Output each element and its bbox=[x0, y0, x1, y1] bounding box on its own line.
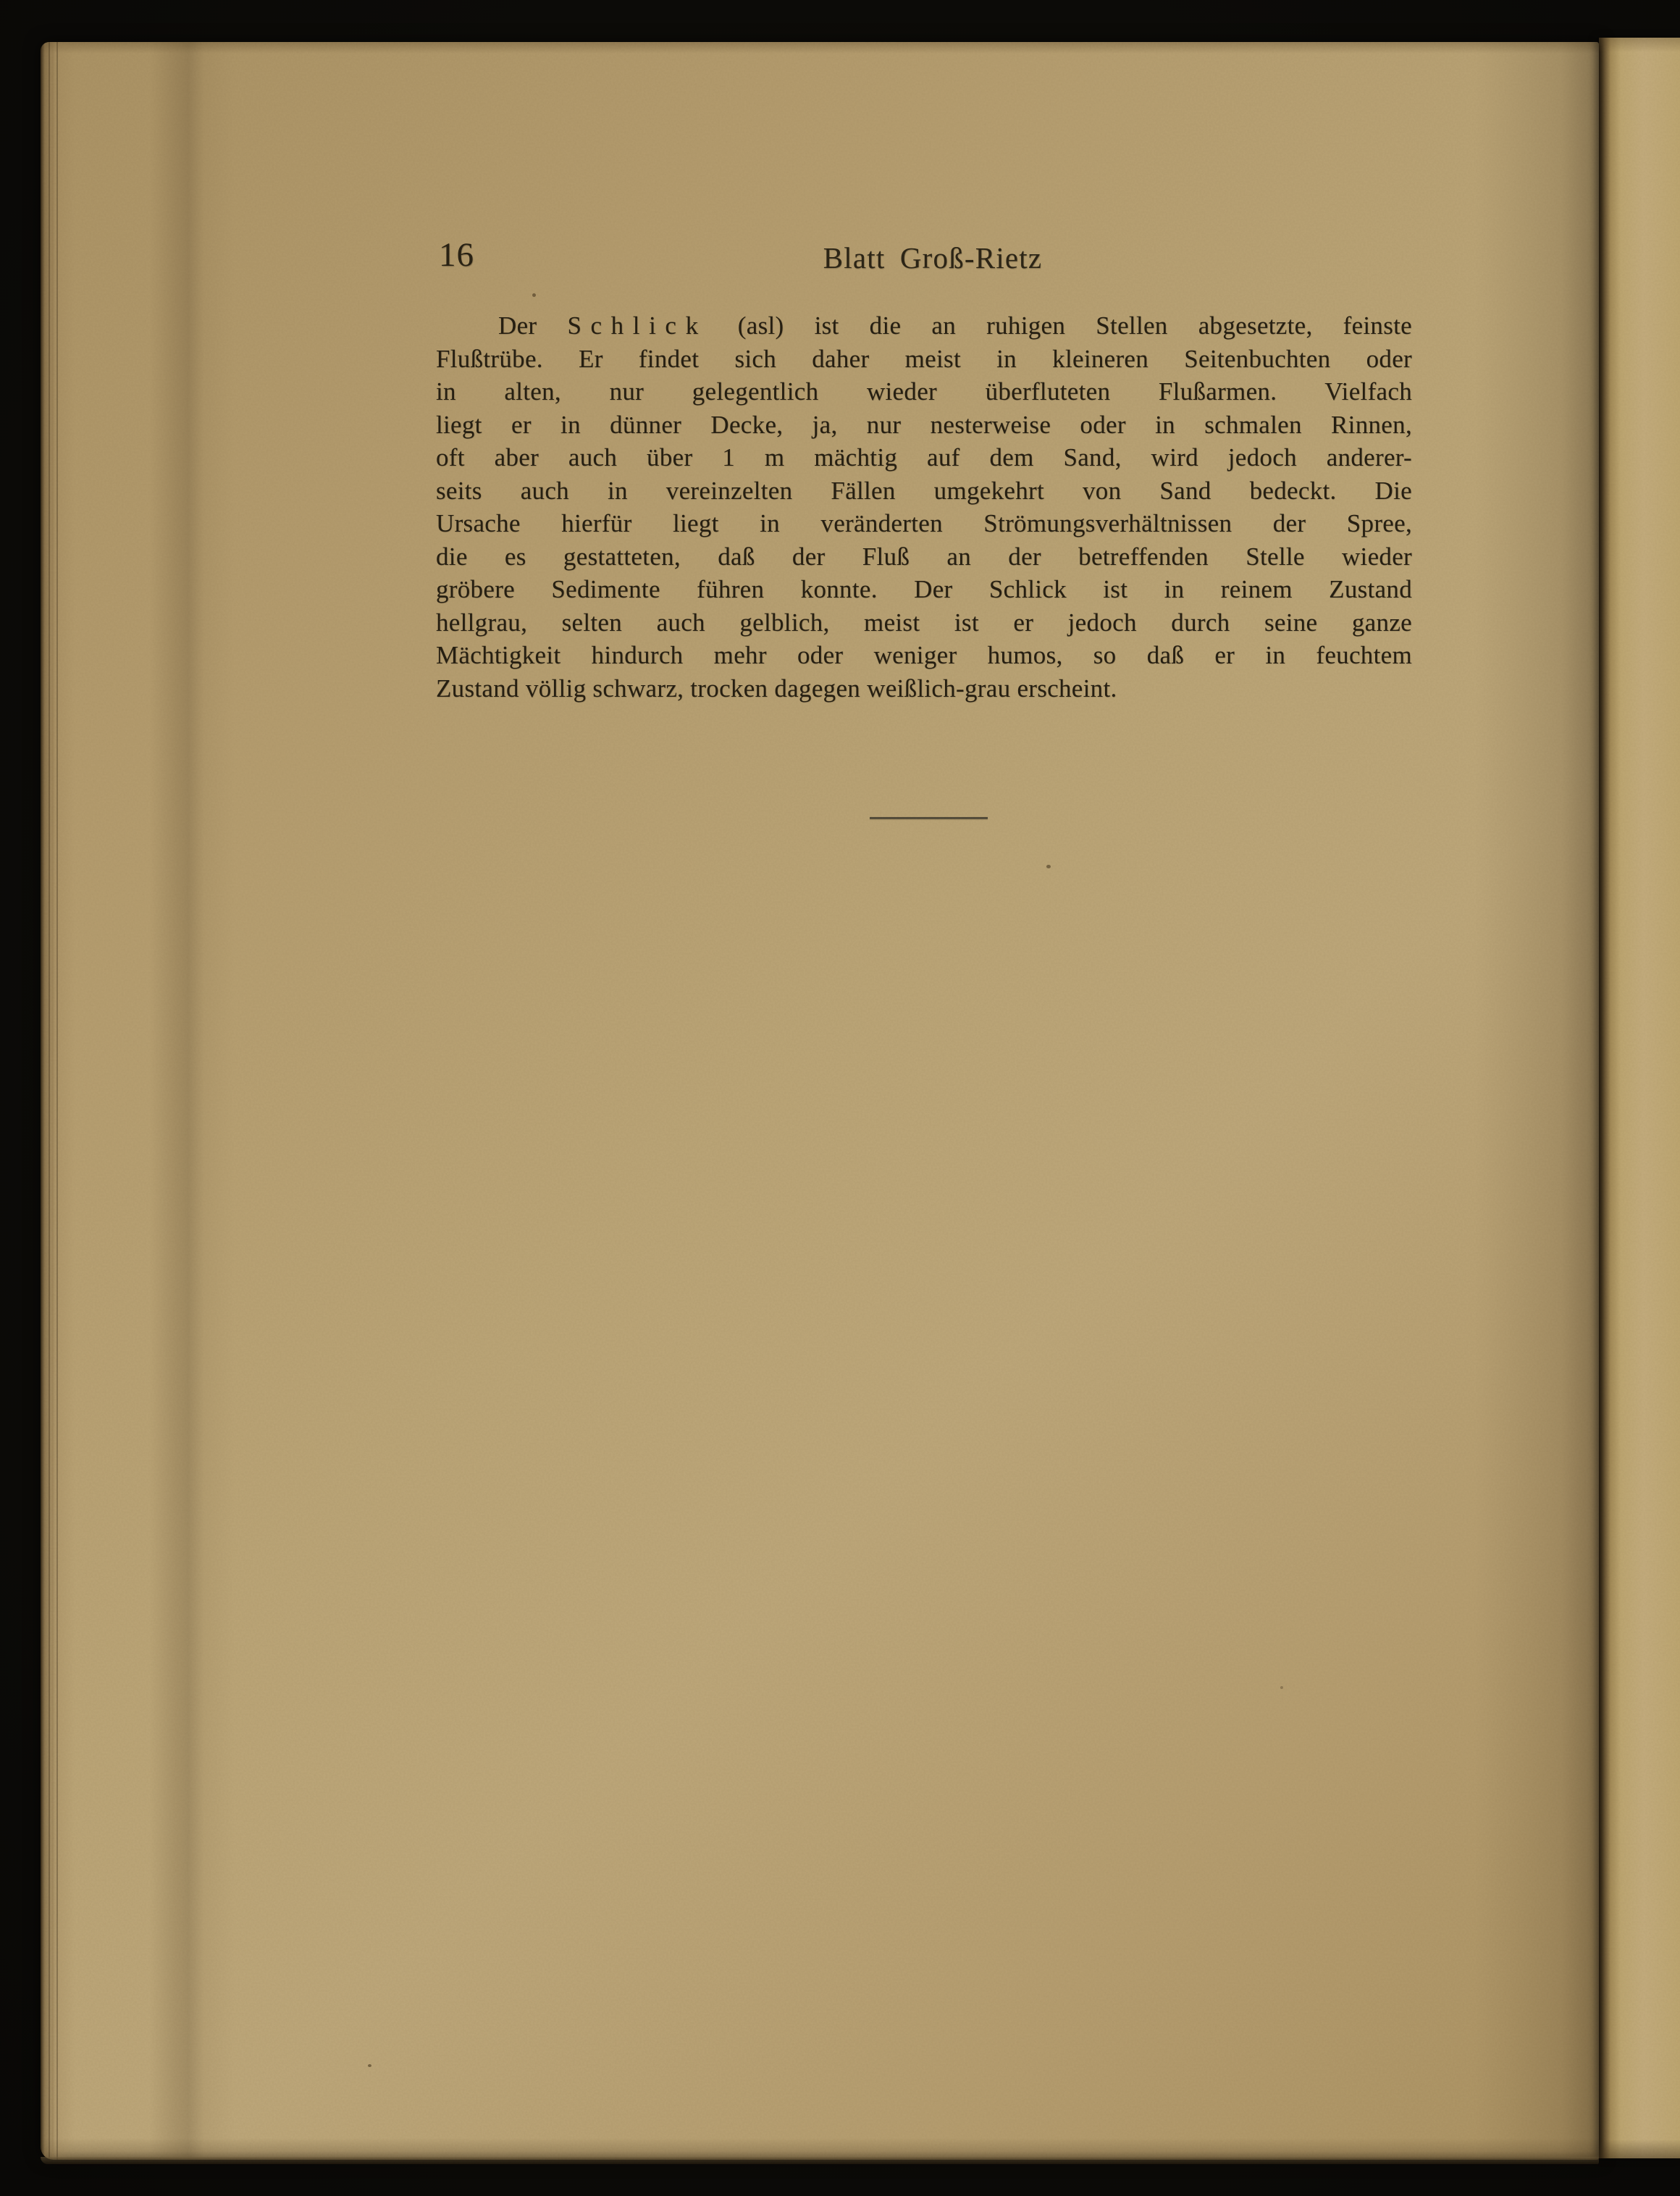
paragraph-line: Zustand völlig schwarz, trocken dagegen … bbox=[436, 672, 1412, 705]
paper-speck bbox=[532, 293, 536, 297]
paper-speck bbox=[1046, 865, 1051, 868]
adjacent-page-edge bbox=[1599, 38, 1680, 2158]
paragraph-text: die es gestatteten, daß der Fluß an der … bbox=[436, 542, 1412, 571]
paragraph-line: Der Schlick (asl) ist die an ruhigen Ste… bbox=[436, 309, 1412, 343]
paragraph-text: Mächtigkeit hindurch mehr oder weniger h… bbox=[436, 641, 1412, 669]
paragraph-line: hellgrau, selten auch gelblich, meist is… bbox=[436, 606, 1412, 640]
paper-speck bbox=[368, 2064, 371, 2067]
paragraph-text: seits auch in vereinzelten Fällen umgeke… bbox=[436, 477, 1412, 505]
paragraph-line: Flußtrübe. Er findet sich daher meist in… bbox=[436, 343, 1412, 376]
paragraph-text: Der bbox=[498, 311, 567, 340]
page-number: 16 bbox=[439, 238, 474, 272]
paragraph-text: hellgrau, selten auch gelblich, meist is… bbox=[436, 608, 1412, 637]
paragraph-text: Zustand völlig schwarz, trocken dagegen … bbox=[436, 674, 1117, 703]
section-divider-rule bbox=[870, 817, 988, 819]
paragraph-text: Flußtrübe. Er findet sich daher meist in… bbox=[436, 345, 1412, 373]
paragraph-text: Ursache hierfür liegt in veränderten Str… bbox=[436, 509, 1412, 537]
paragraph-text: (asl) ist die an ruhigen Stellen abgeset… bbox=[707, 311, 1412, 340]
letterspaced-term: Schlick bbox=[567, 311, 707, 340]
paragraph-line: seits auch in vereinzelten Fällen umgeke… bbox=[436, 474, 1412, 508]
running-header: Blatt Groß-Rietz bbox=[679, 243, 1186, 273]
paper-speck bbox=[1280, 1686, 1283, 1689]
paragraph-line: oft aber auch über 1 m mächtig auf dem S… bbox=[436, 441, 1412, 474]
body-paragraph: Der Schlick (asl) ist die an ruhigen Ste… bbox=[436, 309, 1412, 705]
paragraph-line: Mächtigkeit hindurch mehr oder weniger h… bbox=[436, 639, 1412, 672]
paragraph-line: Ursache hierfür liegt in veränderten Str… bbox=[436, 507, 1412, 540]
paragraph-text: oft aber auch über 1 m mächtig auf dem S… bbox=[436, 443, 1412, 472]
paragraph-line: gröbere Sedimente führen konnte. Der Sch… bbox=[436, 573, 1412, 606]
book-scan: 16 Blatt Groß-Rietz Der Schlick (asl) is… bbox=[0, 0, 1680, 2196]
paragraph-line: in alten, nur gelegentlich wieder überfl… bbox=[436, 375, 1412, 408]
paragraph-line: liegt er in dünner Decke, ja, nur nester… bbox=[436, 408, 1412, 442]
paragraph-text: liegt er in dünner Decke, ja, nur nester… bbox=[436, 411, 1412, 439]
paragraph-text: in alten, nur gelegentlich wieder überfl… bbox=[436, 377, 1412, 406]
paragraph-line: die es gestatteten, daß der Fluß an der … bbox=[436, 540, 1412, 574]
paragraph-text: gröbere Sedimente führen konnte. Der Sch… bbox=[436, 575, 1412, 603]
